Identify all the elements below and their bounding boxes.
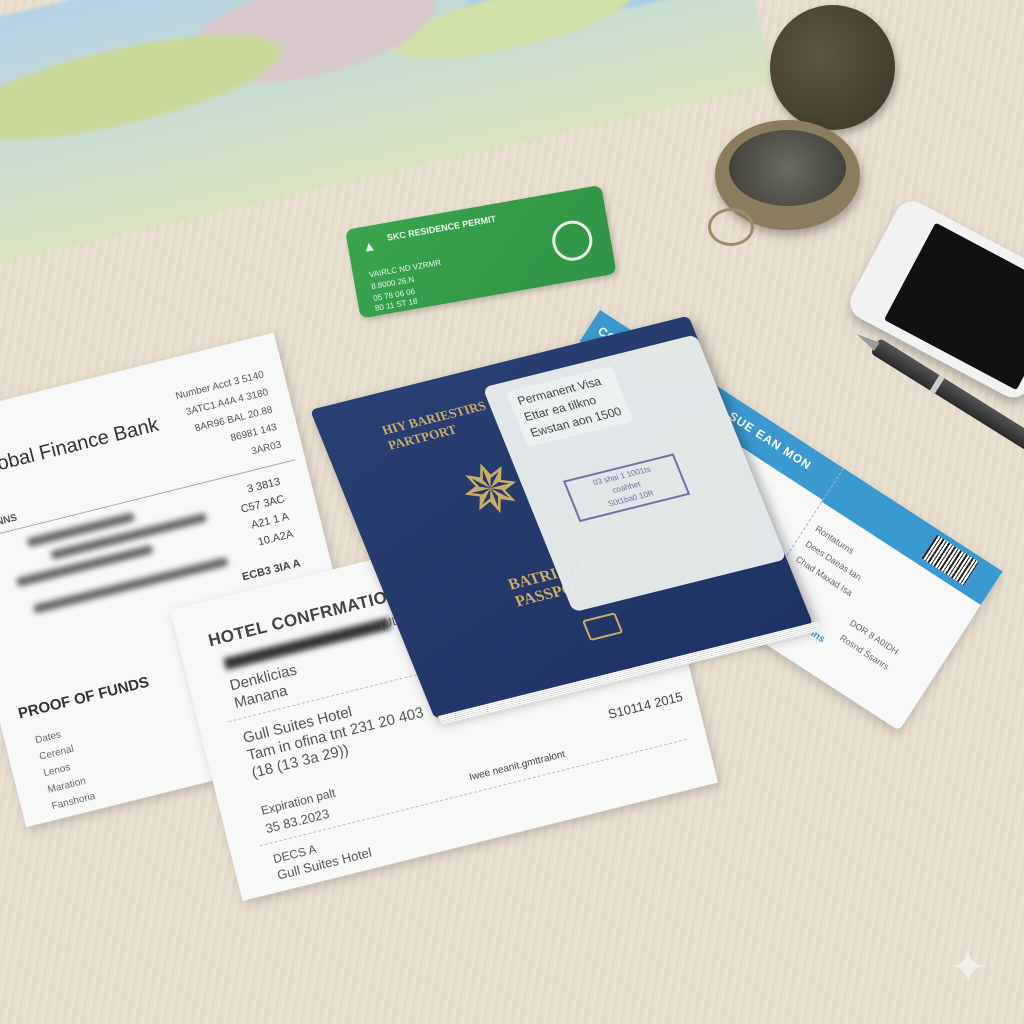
- amount: A21 1 A: [250, 511, 290, 532]
- sparkle-icon: ✦: [945, 944, 991, 990]
- amount: 3 3813: [246, 476, 282, 496]
- hotel-url: Iwee neanit.gmttralont: [468, 749, 566, 783]
- proof-of-funds-title: PROOF OF FUNDS: [17, 674, 151, 723]
- compass-face: [729, 130, 846, 206]
- statement-header-info: Number Acct 3 5140 3ATC1 A4A 4 3180 8AR9…: [174, 367, 284, 476]
- barcode-icon: [922, 535, 979, 586]
- visa-text: Permanent Visa Ettar ea tilkno Ewstan ao…: [506, 366, 634, 448]
- residence-permit-card: ▲ SKC RESIDENCE PERMIT VAIRLC ND VZRMR 8…: [345, 185, 617, 319]
- biometric-chip-icon: [582, 612, 623, 641]
- compass-ring: [708, 208, 754, 246]
- boarding-pass-stub-band: [821, 468, 1002, 605]
- amount: 10.A2A: [257, 528, 295, 548]
- triangle-logo-icon: ▲: [361, 237, 377, 255]
- pen-ring: [930, 375, 945, 393]
- compass-lid: [770, 5, 895, 130]
- seal-icon: [549, 218, 595, 264]
- visa-stamp: 03 shai 1 1001ts coahhet S0t1ba0 10R: [563, 453, 690, 522]
- proof-of-funds-items: Dates Cerenal Lenos Maration Fanshoria: [33, 722, 97, 815]
- pen-tip: [854, 330, 880, 351]
- bank-name: Global Finance Bank: [0, 414, 161, 481]
- hotel-code: S10114 2015: [607, 689, 685, 722]
- visa-sticker: Permanent Visa Ettar ea tilkno Ewstan ao…: [483, 334, 787, 612]
- card-title: SKC RESIDENCE PERMIT: [386, 214, 497, 243]
